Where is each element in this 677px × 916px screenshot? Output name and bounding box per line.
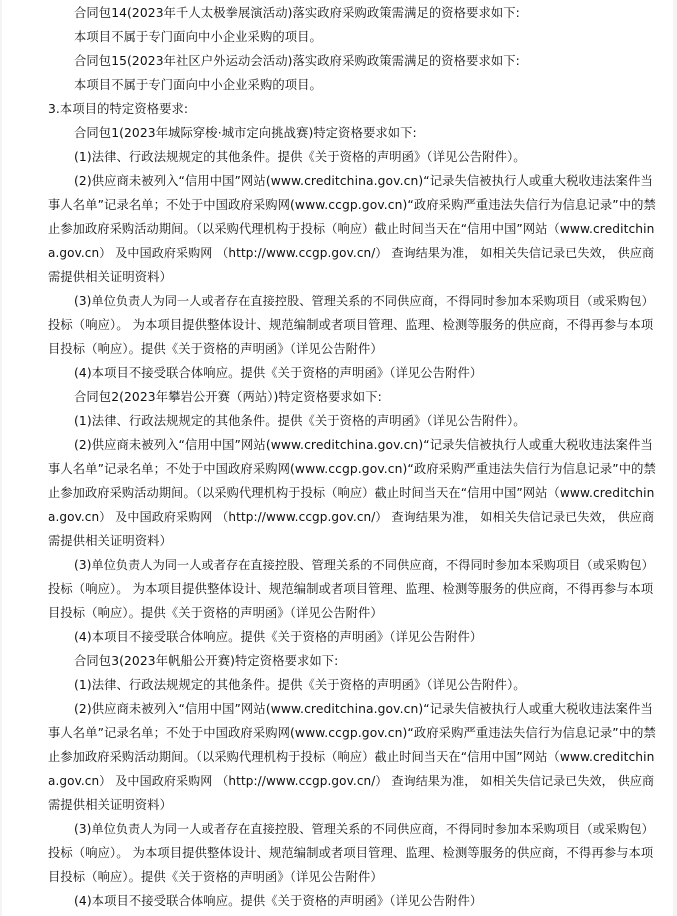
- document-line: 合同包14(2023年千人太极拳展演活动)落实政府采购政策需满足的资格要求如下:: [48, 1, 654, 25]
- document-line: 事人名单”记录名单；不处于中国政府采购网(www.ccgp.gov.cn)“政府…: [48, 193, 654, 217]
- document-line: 合同包3(2023年帆船公开赛)特定资格要求如下:: [48, 649, 654, 673]
- document-line: 事人名单”记录名单；不处于中国政府采购网(www.ccgp.gov.cn)“政府…: [48, 457, 654, 481]
- document-line: (3)单位负责人为同一人或者存在直接控股、管理关系的不同供应商，不得同时参加本采…: [48, 553, 654, 577]
- document-line: (4)本项目不接受联合体响应。提供《关于资格的声明函》（详见公告附件）: [48, 889, 654, 913]
- document-line: 投标（响应）。 为本项目提供整体设计、规范编制或者项目管理、监理、检测等服务的供…: [48, 841, 654, 865]
- document-line: a.gov.cn） 及中国政府采购网 （http://www.ccgp.gov.…: [48, 505, 654, 529]
- document-line: (3)单位负责人为同一人或者存在直接控股、管理关系的不同供应商，不得同时参加本采…: [48, 289, 654, 313]
- document-line: 投标（响应）。 为本项目提供整体设计、规范编制或者项目管理、监理、检测等服务的供…: [48, 313, 654, 337]
- document-line: a.gov.cn） 及中国政府采购网 （http://www.ccgp.gov.…: [48, 769, 654, 793]
- document-line: 3.本项目的特定资格要求:: [48, 97, 654, 121]
- document-line: 目投标（响应）。提供《关于资格的声明函》（详见公告附件）: [48, 865, 654, 889]
- document-page: 合同包14(2023年千人太极拳展演活动)落实政府采购政策需满足的资格要求如下:…: [2, 0, 673, 916]
- document-line: (3)单位负责人为同一人或者存在直接控股、管理关系的不同供应商，不得同时参加本采…: [48, 817, 654, 841]
- document-line: (1)法律、行政法规规定的其他条件。提供《关于资格的声明函》（详见公告附件）。: [48, 673, 654, 697]
- document-line: a.gov.cn） 及中国政府采购网 （http://www.ccgp.gov.…: [48, 241, 654, 265]
- document-body: 合同包14(2023年千人太极拳展演活动)落实政府采购政策需满足的资格要求如下:…: [48, 1, 654, 913]
- document-line: (1)法律、行政法规规定的其他条件。提供《关于资格的声明函》（详见公告附件）。: [48, 145, 654, 169]
- document-line: 合同包1(2023年城际穿梭·城市定向挑战赛)特定资格要求如下:: [48, 121, 654, 145]
- document-line: (4)本项目不接受联合体响应。提供《关于资格的声明函》（详见公告附件）: [48, 361, 654, 385]
- document-line: 本项目不属于专门面向中小企业采购的项目。: [48, 25, 654, 49]
- document-line: 目投标（响应）。提供《关于资格的声明函》（详见公告附件）: [48, 601, 654, 625]
- document-line: 需提供相关证明资料）: [48, 265, 654, 289]
- document-line: (2)供应商未被列入“信用中国”网站(www.creditchina.gov.c…: [48, 433, 654, 457]
- document-line: (2)供应商未被列入“信用中国”网站(www.creditchina.gov.c…: [48, 169, 654, 193]
- document-line: 事人名单”记录名单；不处于中国政府采购网(www.ccgp.gov.cn)“政府…: [48, 721, 654, 745]
- document-line: (4)本项目不接受联合体响应。提供《关于资格的声明函》（详见公告附件）: [48, 625, 654, 649]
- document-line: 合同包15(2023年社区户外运动会活动)落实政府采购政策需满足的资格要求如下:: [48, 49, 654, 73]
- document-line: 本项目不属于专门面向中小企业采购的项目。: [48, 73, 654, 97]
- document-line: (1)法律、行政法规规定的其他条件。提供《关于资格的声明函》（详见公告附件）。: [48, 409, 654, 433]
- document-line: 需提供相关证明资料）: [48, 793, 654, 817]
- document-line: 合同包2(2023年攀岩公开赛（两站）)特定资格要求如下:: [48, 385, 654, 409]
- document-line: 止参加政府采购活动期间。（以采购代理机构于投标（响应）截止时间当天在“信用中国”…: [48, 217, 654, 241]
- document-line: 目投标（响应）。提供《关于资格的声明函》（详见公告附件）: [48, 337, 654, 361]
- document-line: 投标（响应）。 为本项目提供整体设计、规范编制或者项目管理、监理、检测等服务的供…: [48, 577, 654, 601]
- document-line: 止参加政府采购活动期间。（以采购代理机构于投标（响应）截止时间当天在“信用中国”…: [48, 481, 654, 505]
- document-line: (2)供应商未被列入“信用中国”网站(www.creditchina.gov.c…: [48, 697, 654, 721]
- document-line: 需提供相关证明资料）: [48, 529, 654, 553]
- document-line: 止参加政府采购活动期间。（以采购代理机构于投标（响应）截止时间当天在“信用中国”…: [48, 745, 654, 769]
